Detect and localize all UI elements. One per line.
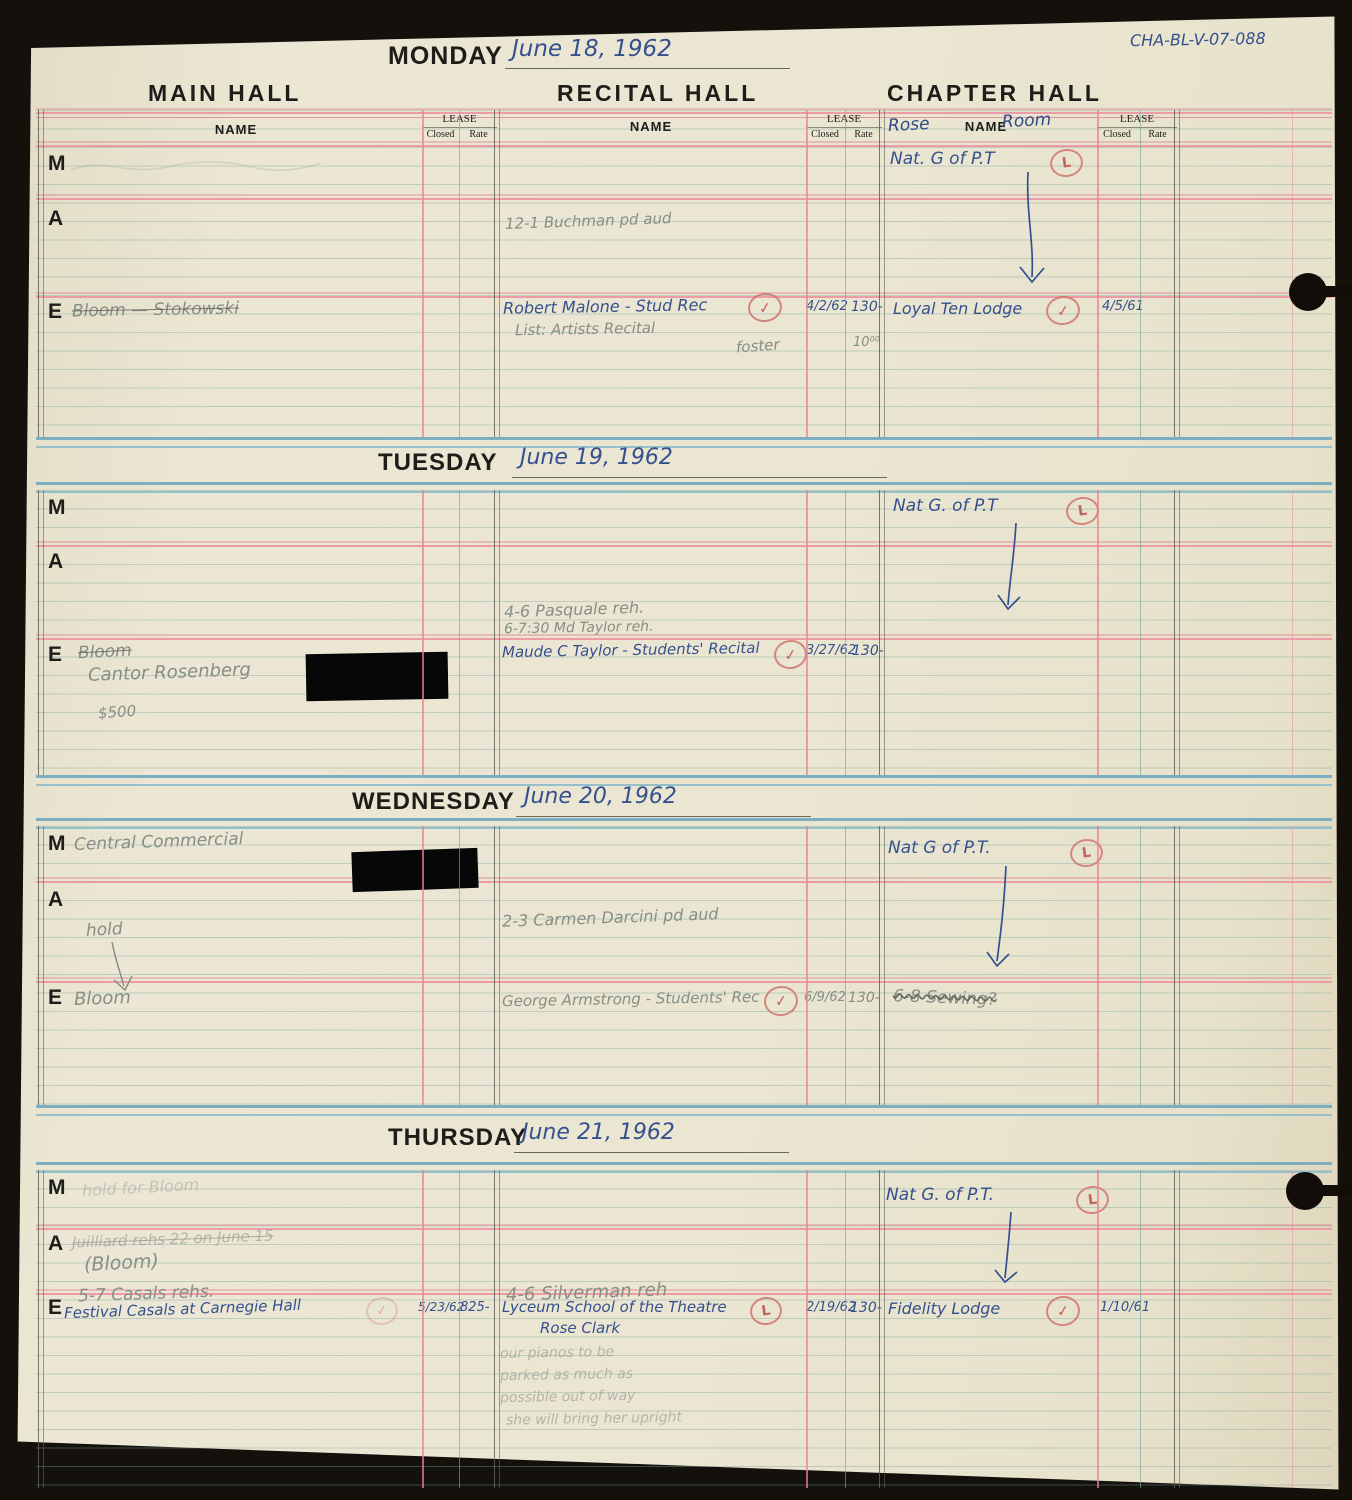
entry-recital-afternoon: 12-1 Buchman pd aud	[505, 209, 672, 233]
column-rule	[494, 490, 500, 775]
entry-recital-afternoon-1: 4-6 Pasquale reh.	[504, 598, 645, 622]
column-rule	[459, 110, 460, 437]
entry-main-afternoon: hold	[86, 919, 124, 941]
section-thursday: M A E hold for Bloom Nat G. of P.T. L Ju…	[36, 1170, 1332, 1488]
day-date-tuesday: June 19, 1962	[520, 445, 673, 470]
row-label-evening: E	[48, 986, 62, 1010]
column-rule	[422, 826, 424, 1105]
day-date-wednesday: June 20, 1962	[524, 784, 677, 809]
down-arrow-ink	[966, 523, 1046, 623]
row-label-morning: M	[48, 152, 66, 176]
name-header-main: NAME	[96, 122, 376, 137]
entry-recital-evening: Robert Malone - Stud Rec	[503, 295, 707, 318]
red-check-icon: ✓	[1044, 294, 1082, 327]
rate-header-chapter: Rate	[1138, 129, 1177, 140]
entry-recital-afternoon-2: 6-7:30 Md Taylor reh.	[504, 619, 654, 638]
column-rule	[1292, 1170, 1293, 1488]
row-label-evening: E	[48, 1296, 62, 1320]
row-line	[36, 545, 1332, 547]
closed-header-recital: Closed	[806, 129, 844, 140]
row-label-afternoon: A	[48, 888, 63, 912]
column-rule	[1097, 110, 1099, 437]
lease-header-recital: LEASE	[806, 113, 882, 125]
lease-header-chapter: LEASE	[1097, 113, 1177, 125]
entry-chapter-morning: Nat G. of P.T	[893, 496, 998, 516]
entry-chapter-evening: Loyal Ten Lodge	[893, 299, 1022, 318]
red-lease-mark-icon: L	[1068, 837, 1105, 869]
section-divider	[36, 775, 1332, 786]
entry-main-evening-1: Bloom	[78, 641, 133, 664]
entry-recital-note-1: our pianos to be	[500, 1344, 614, 1362]
entry-recital-note-3: possible out of way	[500, 1388, 636, 1406]
column-rule	[845, 1170, 846, 1488]
column-rule	[806, 826, 808, 1105]
column-rule	[806, 490, 808, 775]
row-line	[36, 1293, 1332, 1295]
down-arrow-ink	[961, 1212, 1041, 1297]
entry-recital-evening-note: List: Artists Recital	[515, 319, 655, 339]
day-date-thursday: June 21, 1962	[522, 1120, 675, 1145]
day-title-tuesday: TUESDAY	[378, 449, 497, 477]
column-rule	[422, 490, 424, 775]
column-rule	[1292, 490, 1293, 775]
column-rule	[1174, 110, 1180, 437]
hall-header-recital: RECITAL HALL	[557, 80, 758, 107]
red-check-icon: ✓	[772, 638, 809, 671]
lease-rate-recital: 130-	[848, 990, 880, 1006]
column-rule	[1174, 490, 1180, 775]
hall-header-chapter: CHAPTER HALL	[887, 80, 1102, 107]
column-rule	[494, 110, 500, 437]
column-rule	[806, 1170, 808, 1488]
column-rule	[459, 826, 460, 1105]
row-label-evening: E	[48, 643, 62, 667]
column-rule	[38, 110, 44, 437]
down-arrow-ink	[951, 866, 1031, 981]
entry-chapter-morning: Nat G. of P.T.	[886, 1185, 994, 1205]
chapter-name-annotation-right: Room	[1002, 110, 1052, 133]
lease-closed-recital: 3/27/62	[806, 643, 856, 658]
entry-recital-note-4: she will bring her upright	[506, 1409, 682, 1428]
column-rule	[1292, 110, 1293, 437]
entry-main-evening: Bloom — Stokowski	[72, 299, 239, 322]
red-check-icon: ✓	[1044, 1294, 1082, 1328]
row-line	[36, 881, 1332, 883]
date-underline	[514, 1152, 789, 1153]
entry-main-evening-3: $500	[97, 702, 136, 723]
red-lease-mark-icon: L	[748, 1295, 784, 1327]
column-rule	[1097, 1170, 1099, 1488]
name-header-recital: NAME	[506, 119, 796, 134]
day-title-monday: MONDAY	[388, 42, 503, 71]
rate-header-recital: Rate	[845, 129, 882, 140]
lease-closed-recital: 6/9/62	[804, 990, 846, 1005]
red-check-icon: ✓	[762, 984, 800, 1018]
entry-recital-evening: George Armstrong - Students' Rec	[502, 988, 760, 1010]
column-rule	[845, 826, 846, 1105]
date-underline	[505, 68, 790, 69]
column-rule	[879, 490, 885, 775]
entry-recital-evening-2: Rose Clark	[540, 1319, 620, 1337]
row-label-afternoon: A	[48, 550, 63, 574]
lease-rate-recital: 130-	[850, 1300, 882, 1316]
section-wednesday: M A E Central Commercial Nat G of P.T. L…	[36, 826, 1332, 1105]
column-rule	[422, 1170, 424, 1488]
date-underline	[512, 477, 887, 478]
section-divider	[36, 437, 1332, 448]
entry-main-morning: hold for Bloom	[82, 1175, 200, 1200]
red-lease-mark-icon: L	[1064, 495, 1101, 527]
section-divider	[36, 1105, 1332, 1116]
lease-closed-chapter: 1/10/61	[1100, 1300, 1150, 1315]
column-rule	[1140, 110, 1141, 437]
column-rule	[1174, 826, 1180, 1105]
closed-header-chapter: Closed	[1097, 129, 1137, 140]
entry-main-afternoon-1: Juilliard rehs 22 on June 15	[72, 1226, 274, 1251]
hall-header-main: MAIN HALL	[148, 80, 301, 107]
lease-closed-main: 5/23/62	[418, 1300, 464, 1314]
day-title-wednesday: WEDNESDAY	[352, 788, 515, 816]
column-rule	[1140, 826, 1141, 1105]
column-rule	[1097, 490, 1099, 775]
entry-recital-evening-1: Lyceum School of the Theatre	[502, 1298, 727, 1316]
row-label-morning: M	[48, 496, 66, 520]
row-line	[36, 198, 1332, 200]
lease-closed-recital: 2/19/62	[806, 1300, 856, 1315]
column-rule	[494, 826, 500, 1105]
row-line	[36, 981, 1332, 983]
column-rule	[845, 490, 846, 775]
entry-main-afternoon-2: (Bloom)	[83, 1250, 159, 1276]
down-arrow-ink	[976, 172, 1056, 297]
archive-code: CHA-BL-V-07-088	[1130, 29, 1266, 50]
entry-chapter-morning: Nat. G of P.T	[890, 149, 995, 169]
row-line	[36, 145, 1332, 147]
entry-main-morning: Central Commercial	[74, 829, 244, 855]
section-monday: NAME LEASE Closed Rate NAME LEASE Closed…	[36, 110, 1332, 437]
row-label-evening: E	[48, 300, 62, 324]
column-rule	[879, 826, 885, 1105]
column-rule	[1292, 826, 1293, 1105]
lease-closed-recital: 4/2/62	[806, 299, 848, 314]
entry-main-evening-2: Cantor Rosenberg	[88, 659, 252, 686]
column-rule	[879, 1170, 885, 1488]
rate-header-main: Rate	[460, 129, 497, 140]
column-rule	[494, 1170, 500, 1488]
row-label-morning: M	[48, 832, 66, 856]
lease-closed-chapter: 4/5/61	[1102, 299, 1144, 314]
entry-recital-note-2: parked as much as	[500, 1366, 633, 1384]
section-tuesday: M A E Nat G. of P.T L 4-6 Pasquale reh. …	[36, 490, 1332, 775]
lease-rate-note: 10⁰⁰	[853, 335, 880, 350]
row-label-morning: M	[48, 1176, 66, 1200]
lease-divider	[806, 127, 882, 128]
column-rule	[1140, 1170, 1141, 1488]
scanned-ledger-page: CHA-BL-V-07-088 MONDAY June 18, 1962 MAI…	[0, 0, 1352, 1500]
red-lease-mark-icon: L	[1074, 1184, 1111, 1216]
column-rule	[1174, 1170, 1180, 1488]
column-rule	[38, 826, 44, 1105]
entry-chapter-evening: 6-8 Sewing?	[893, 986, 997, 1010]
punch-hole-stem	[1309, 1185, 1352, 1196]
lease-rate-recital: 130-	[851, 299, 883, 315]
chapter-name-annotation-left: Rose	[888, 114, 931, 136]
column-rule	[1140, 490, 1141, 775]
date-underline	[516, 816, 811, 817]
column-rule	[806, 110, 808, 437]
column-rule	[459, 1170, 460, 1488]
day-date-monday: June 18, 1962	[512, 36, 672, 62]
redaction-box	[306, 652, 449, 701]
column-rule	[38, 490, 44, 775]
closed-header-main: Closed	[422, 129, 459, 140]
entry-recital-evening: Maude C Taylor - Students' Recital	[502, 639, 760, 661]
column-rule	[1097, 826, 1099, 1105]
column-rule	[879, 110, 885, 437]
erased-pencil-marks	[66, 158, 326, 178]
day-title-thursday: THURSDAY	[388, 1124, 527, 1152]
punch-hole-stem	[1312, 286, 1352, 297]
lease-divider	[1097, 127, 1177, 128]
row-label-afternoon: A	[48, 207, 63, 231]
entry-main-evening: Bloom	[74, 987, 132, 1010]
entry-chapter-morning: Nat G of P.T.	[888, 838, 991, 858]
column-rule	[459, 490, 460, 775]
lease-rate-main: 825-	[460, 1300, 490, 1315]
column-rule	[422, 110, 424, 437]
entry-recital-afternoon: 2-3 Carmen Darcini pd aud	[502, 904, 719, 931]
column-rule	[38, 1170, 44, 1488]
entry-chapter-evening: Fidelity Lodge	[888, 1299, 1000, 1318]
red-check-icon: ✓	[364, 1295, 400, 1327]
column-rule	[845, 110, 846, 437]
row-label-afternoon: A	[48, 1232, 63, 1256]
entry-recital-evening-note2: foster	[735, 336, 780, 357]
